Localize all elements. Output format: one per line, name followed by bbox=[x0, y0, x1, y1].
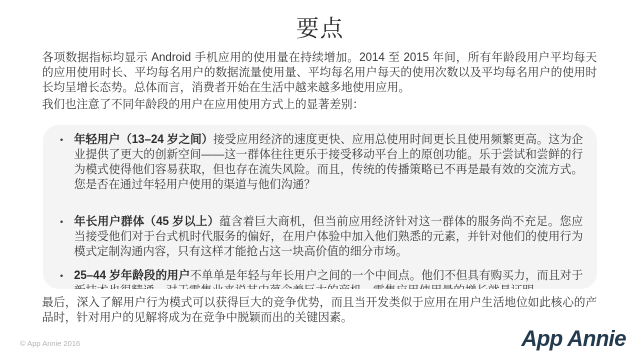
copyright-text: © App Annie 2016 bbox=[20, 339, 80, 348]
bullet-body: 年长用户群体（45 岁以上）蕴含着巨大商机，但当前应用经济针对这一群体的服务尚不… bbox=[74, 215, 583, 260]
leadin-paragraph: 我们也注意了不同年龄段的用户在应用使用方式上的显著差别： bbox=[42, 98, 597, 113]
bullet-marker: • bbox=[58, 269, 74, 284]
bullet-item-mid-age-users: • 25–44 岁年龄段的用户不单单是年轻与年长用户之间的一个中间点。他们不但具… bbox=[58, 269, 583, 289]
intro-paragraph: 各项数据指标均显示 Android 手机应用的使用量在持续增加。2014 至 2… bbox=[42, 51, 597, 97]
bullet-marker: • bbox=[58, 215, 74, 230]
bullet-lead: 年轻用户（13–24 岁之间） bbox=[74, 134, 213, 146]
bullet-marker: • bbox=[58, 133, 74, 148]
bullet-item-young-users: • 年轻用户（13–24 岁之间）接受应用经济的速度更快、应用总使用时间更长且使… bbox=[58, 133, 583, 193]
outro-paragraph: 最后，深入了解用户行为模式可以获得巨大的竞争优势，而且当开发类似于应用在用户生活… bbox=[42, 296, 597, 326]
bullet-lead: 年长用户群体（45 岁以上） bbox=[74, 216, 219, 228]
bullet-lead: 25–44 岁年龄段的用户 bbox=[74, 270, 190, 282]
slide-title: 要点 bbox=[0, 10, 640, 43]
bullet-item-older-users: • 年长用户群体（45 岁以上）蕴含着巨大商机，但当前应用经济针对这一群体的服务… bbox=[58, 215, 583, 260]
bullet-body: 25–44 岁年龄段的用户不单单是年轻与年长用户之间的一个中间点。他们不但具有购… bbox=[74, 269, 583, 289]
highlight-box: • 年轻用户（13–24 岁之间）接受应用经济的速度更快、应用总使用时间更长且使… bbox=[43, 125, 597, 289]
app-annie-logo: App Annie bbox=[521, 326, 626, 352]
slide: 要点 各项数据指标均显示 Android 手机应用的使用量在持续增加。2014 … bbox=[0, 0, 640, 360]
bullet-body: 年轻用户（13–24 岁之间）接受应用经济的速度更快、应用总使用时间更长且使用频… bbox=[74, 133, 583, 193]
